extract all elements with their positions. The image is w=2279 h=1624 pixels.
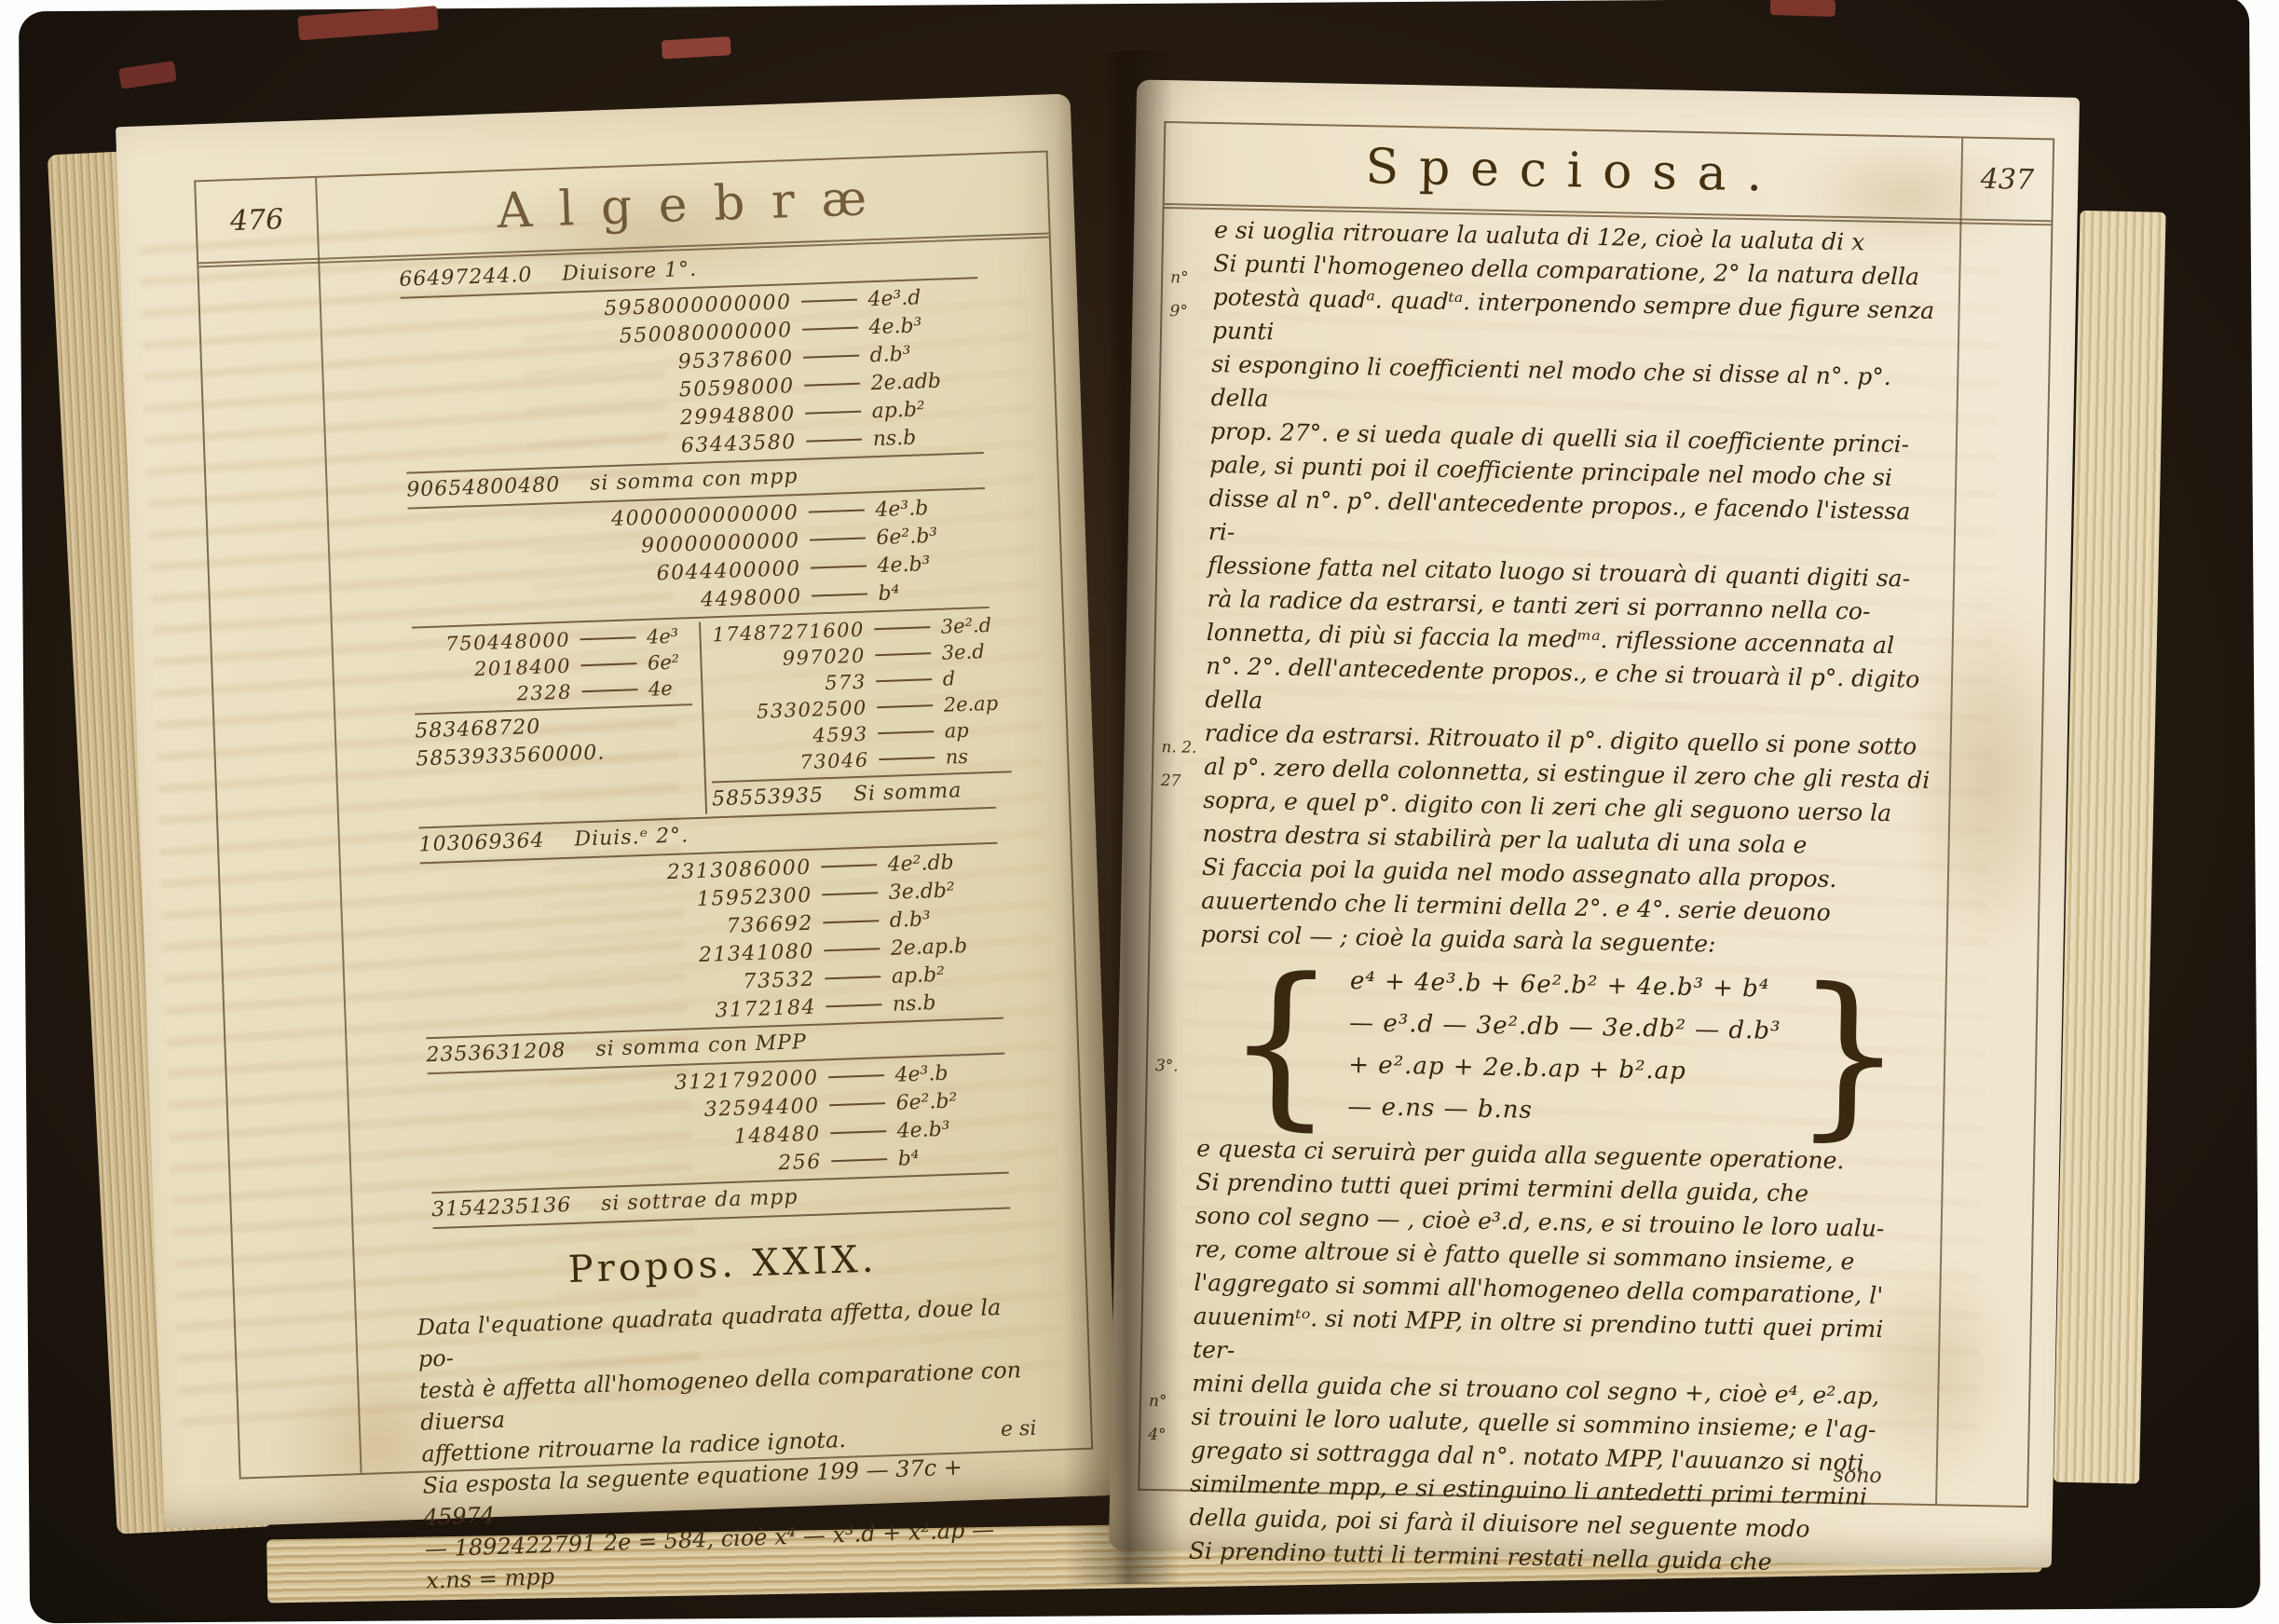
table: 4000000000000 4e³.b 90000000000 6e².b³	[407, 492, 989, 624]
dash	[580, 636, 635, 640]
term: ap.b²	[891, 961, 1002, 988]
value: 750448000	[412, 629, 571, 657]
divisor-1-section: 66497244.0 Diuisore 1°. 5958000000000 4e…	[399, 246, 1010, 1229]
term: 3e.db²	[888, 877, 999, 904]
value: 2018400	[413, 655, 572, 683]
two-column-table: 750448000 4e³ 2018400 6e²	[412, 612, 996, 825]
right-column: 17487271600 3e².d 997020 3e.d	[700, 611, 1012, 813]
term: ns	[945, 744, 1011, 768]
dash	[826, 1003, 881, 1007]
term: 6e².b³	[876, 523, 987, 550]
term: d.b³	[889, 905, 1000, 932]
term: 2e.ap.b	[890, 933, 1001, 960]
table: 750448000 4e³ 2018400 6e²	[412, 622, 692, 710]
book-gutter-shadow	[1057, 51, 1181, 1585]
term: 4e.b³	[877, 550, 988, 577]
term: 2e.ap	[943, 691, 1009, 716]
cover-edge-fleck	[1770, 0, 1835, 17]
page-title: Speciosa.	[1165, 123, 1963, 218]
proposition-text: Data l'equatione quadrata quadrata affet…	[416, 1290, 1041, 1597]
right-page-content: n° 9° n. 2. 27 3°. n° 4° e si uoglia rit…	[1190, 213, 1946, 1498]
term: 2e.adb	[870, 368, 981, 395]
dash	[821, 864, 877, 867]
catchword: sono	[1833, 1459, 1882, 1494]
term: 3e².d	[940, 613, 1006, 637]
page-title: Algebræ	[315, 153, 1049, 258]
dash	[876, 678, 932, 682]
page-number: 476	[196, 178, 318, 262]
right-brace: }	[1792, 964, 1905, 1143]
term: 4e	[648, 676, 692, 701]
left-column: 750448000 4e³ 2018400 6e²	[412, 622, 707, 825]
dash	[802, 327, 858, 331]
dash	[875, 652, 931, 656]
value: 73046	[710, 749, 869, 777]
dash	[877, 704, 933, 708]
dash	[825, 976, 880, 979]
term: 4e.b³	[896, 1115, 1007, 1142]
ruled-frame: Speciosa. 437 n° 9° n. 2. 27 3°. n° 4° e…	[1138, 121, 2054, 1508]
totals: 583468720 5853933560000.	[415, 708, 694, 773]
value: 63443580	[563, 430, 797, 462]
dash	[806, 439, 862, 443]
term: ap.b²	[871, 396, 982, 423]
dash	[822, 892, 878, 895]
value: 53302500	[708, 697, 867, 725]
running-head: Speciosa. 437	[1165, 123, 2054, 225]
value: 4498000	[568, 584, 802, 616]
term: 3e.d	[941, 639, 1007, 663]
dash	[830, 1130, 886, 1134]
dash	[803, 355, 859, 359]
right-page: Speciosa. 437 n° 9° n. 2. 27 3°. n° 4° e…	[1109, 79, 2080, 1567]
table: 3121792000 4e³.b 32594400 6e².b²	[427, 1058, 1008, 1190]
dash	[879, 757, 935, 760]
dash	[580, 662, 636, 666]
term: ap	[944, 717, 1010, 742]
value: 256	[588, 1150, 822, 1181]
table: 2313086000 4e².db 15952300 3e.db²	[419, 847, 1003, 1035]
term: b⁴	[897, 1143, 1008, 1170]
dash	[810, 566, 866, 569]
value: 573	[707, 671, 867, 699]
term: ns.b	[892, 989, 1003, 1016]
dash	[808, 510, 864, 513]
ruled-frame: 476 Algebræ 66497244.0 Diuisore 1°. 5958…	[194, 150, 1093, 1479]
proposition-heading: Propos. XXIX.	[373, 1231, 1071, 1298]
dash	[823, 920, 879, 923]
dash	[824, 948, 880, 951]
term: 6e²	[648, 650, 691, 675]
term: d	[942, 665, 1008, 689]
term: 6e².b²	[895, 1087, 1006, 1114]
paragraph: Si prendino tutti quei primi termini del…	[1189, 1166, 1928, 1549]
term: 4e.b³	[868, 312, 979, 339]
value: 2328	[414, 681, 573, 709]
left-page: 476 Algebræ 66497244.0 Diuisore 1°. 5958…	[116, 94, 1119, 1529]
dash	[805, 411, 861, 415]
margin-note: n° 9°	[1169, 261, 1211, 329]
term: 4e³.d	[867, 284, 978, 311]
dash	[801, 299, 857, 303]
page-number: 437	[1962, 138, 2054, 220]
left-brace: {	[1224, 954, 1338, 1133]
dash	[829, 1102, 885, 1106]
equation-lines: e⁴ + 4e³.b + 6e².b² + 4e.b³ + b⁴— e³.d —…	[1347, 961, 1782, 1137]
dash	[831, 1158, 887, 1162]
term: 4e³.b	[894, 1059, 1005, 1086]
manuscript-photo: 476 Algebræ 66497244.0 Diuisore 1°. 5958…	[0, 0, 2279, 1624]
term: b⁴	[878, 578, 989, 605]
catchword: e si	[1001, 1417, 1037, 1441]
term: 4e².db	[887, 849, 998, 876]
dash	[828, 1074, 884, 1078]
cover-edge-fleck	[662, 36, 731, 59]
dash	[581, 689, 637, 692]
dash	[812, 594, 867, 597]
left-page-content: 66497244.0 Diuisore 1°. 5958000000000 4e…	[338, 244, 1077, 1467]
cover-edge-fleck	[118, 61, 177, 89]
value: 17487271600	[706, 619, 866, 647]
table: 17487271600 3e².d 997020 3e.d	[705, 611, 1011, 778]
paragraph: Si punti l'homogeneo della comparatione,…	[1202, 247, 1945, 865]
table: 5958000000000 4e³.d 550080000000 4e.b³	[400, 281, 983, 470]
value: 3172184	[583, 995, 817, 1027]
value: 4593	[709, 723, 868, 751]
dash	[878, 730, 934, 734]
equation-line: — e.ns — b.ns	[1347, 1086, 1780, 1137]
dash	[874, 626, 930, 630]
term: 4e³	[647, 624, 690, 648]
cover-edge-fleck	[297, 6, 439, 40]
dash	[804, 383, 860, 387]
term: d.b³	[869, 340, 980, 367]
dash	[809, 538, 865, 541]
term: ns.b	[872, 424, 983, 451]
term: 4e³.b	[875, 495, 986, 522]
guida-equation-block: { e⁴ + 4e³.b + 6e².b² + 4e.b³ + b⁴— e³.d…	[1197, 955, 1932, 1142]
value: 997020	[707, 645, 867, 673]
